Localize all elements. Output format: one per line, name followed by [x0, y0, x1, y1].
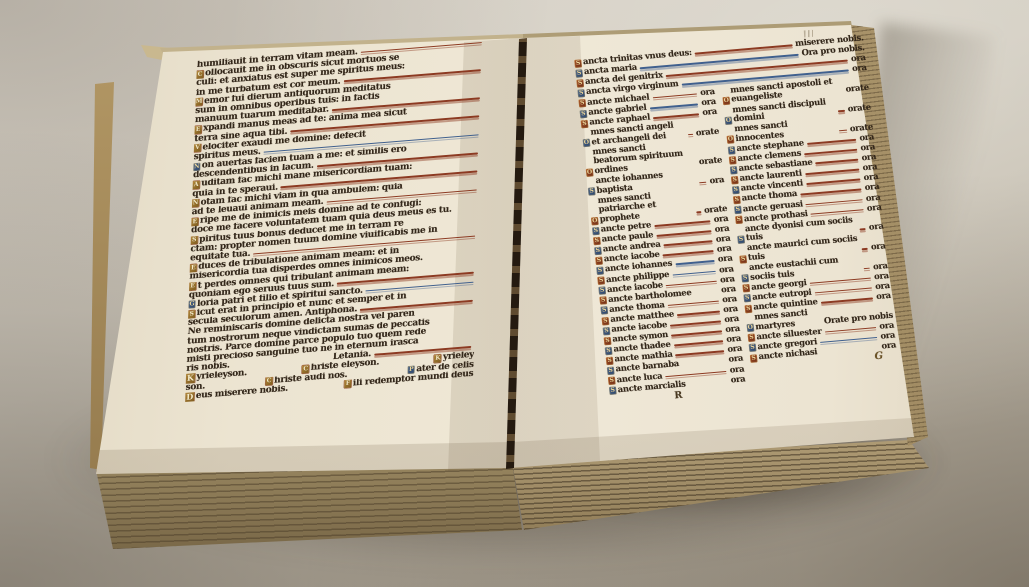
rubric-line-filler: [694, 290, 718, 294]
illuminated-initial: S: [595, 257, 603, 266]
illuminated-initial: O: [583, 139, 591, 148]
litany-response: orate: [698, 155, 722, 166]
illuminated-initial: V: [194, 144, 201, 153]
illuminated-initial: S: [741, 274, 749, 283]
illuminated-initial: S: [581, 119, 589, 128]
illuminated-initial: S: [742, 284, 750, 293]
rubric-line-filler: [699, 181, 707, 183]
illuminated-initial: S: [604, 337, 612, 346]
illuminated-initial: E: [190, 264, 197, 273]
illuminated-initial: O: [586, 168, 594, 177]
illuminated-initial: C: [265, 377, 272, 386]
illuminated-initial: S: [191, 236, 198, 245]
illuminated-initial: M: [195, 98, 202, 107]
illuminated-initial: S: [606, 357, 614, 366]
illuminated-initial: S: [592, 227, 600, 236]
illuminated-initial: E: [189, 282, 196, 291]
rubric-line-filler: [864, 267, 871, 269]
rubric-line-filler: [382, 358, 431, 364]
illuminated-initial: S: [575, 69, 583, 78]
illuminated-initial: S: [574, 59, 582, 68]
rubric-line-filler: [859, 228, 866, 230]
rubric-line-filler: [677, 310, 721, 315]
litany-response: ora: [709, 175, 725, 186]
illuminated-initial: S: [748, 334, 756, 343]
rubric-line-filler: [675, 260, 715, 265]
illuminated-initial: N: [193, 162, 200, 171]
illuminated-initial: C: [196, 70, 203, 79]
illuminated-initial: S: [599, 297, 607, 306]
illuminated-initial: S: [734, 206, 742, 215]
illuminated-initial: S: [601, 317, 609, 326]
illuminated-initial: S: [737, 235, 745, 244]
illuminated-initial: S: [578, 99, 586, 108]
litany-response: ora: [871, 241, 887, 252]
illuminated-initial: S: [594, 247, 602, 256]
illuminated-initial: G: [188, 301, 195, 310]
litany-column-right: Omnes sancti apostoli et euangelisteorat…: [721, 74, 896, 363]
illuminated-initial: S: [749, 344, 757, 353]
illuminated-initial: S: [732, 186, 740, 195]
illuminated-initial: S: [188, 310, 195, 319]
litany-response: orate: [845, 83, 869, 94]
illuminated-initial: S: [597, 277, 605, 286]
illuminated-initial: N: [192, 199, 199, 208]
illuminated-initial: P: [408, 366, 415, 375]
illuminated-initial: S: [603, 327, 611, 336]
illuminated-initial: S: [608, 377, 616, 386]
rubric-line-filler: [682, 360, 726, 365]
illuminated-initial: S: [609, 387, 617, 396]
photograph-open-manuscript: humiliauit in terram vitam meam.Collocau…: [0, 0, 1029, 587]
illuminated-initial: O: [722, 97, 730, 106]
illuminated-initial: S: [744, 304, 752, 313]
illuminated-initial: A: [193, 181, 200, 190]
litany-response: ora: [868, 222, 884, 233]
illuminated-initial: S: [730, 166, 738, 175]
rubric-line-filler: [816, 159, 859, 164]
litany-response: ora: [876, 291, 892, 302]
litany-response: ora: [852, 63, 868, 74]
illuminated-initial: S: [731, 176, 739, 185]
illuminated-initial: S: [577, 89, 585, 98]
illuminated-initial: S: [605, 347, 613, 356]
illuminated-initial: F: [344, 380, 351, 389]
rubric-line-filler: [688, 380, 727, 385]
illuminated-initial: S: [576, 79, 584, 88]
illuminated-initial: S: [600, 307, 608, 316]
illuminated-initial: S: [729, 156, 737, 165]
rubric-line-filler: [837, 90, 842, 92]
right-page-text: Sancta trinitas vnus deus:miserere nobis…: [574, 33, 900, 406]
illuminated-initial: S: [598, 287, 606, 296]
litany-response: ora: [702, 107, 718, 118]
rubric-line-filler: [291, 384, 342, 390]
litany-response: ora: [881, 340, 897, 351]
illuminated-initial: E: [194, 126, 201, 135]
left-page-text: humiliauit in terram vitam meam.Collocau…: [185, 38, 485, 402]
illuminated-initial: S: [593, 237, 601, 246]
illuminated-initial: S: [739, 255, 747, 264]
rubric-line-filler: [692, 163, 696, 165]
illuminated-initial: O: [747, 324, 755, 333]
rubric-line-filler: [838, 110, 845, 112]
illuminated-initial: S: [750, 354, 758, 363]
illuminated-initial: S: [743, 294, 751, 303]
rubric-line-filler: [816, 321, 821, 323]
illuminated-initial: S: [607, 367, 615, 376]
rubric-line-filler: [672, 270, 716, 275]
illuminated-initial: C: [302, 365, 309, 374]
litany-response: orate: [847, 103, 871, 114]
illuminated-initial: S: [728, 146, 736, 155]
illuminated-initial: S: [735, 216, 743, 225]
rubric-line-filler: [688, 134, 693, 136]
rubric-line-filler: [839, 129, 847, 131]
litany-response: ora: [866, 202, 882, 213]
illuminated-initial: S: [580, 109, 588, 118]
illuminated-initial: E: [191, 218, 198, 227]
illuminated-initial: D: [185, 391, 194, 402]
illuminated-initial: S: [588, 188, 596, 197]
litany-columns: Sancte michaeloraSancte gabrieloraSancte…: [578, 74, 900, 407]
illuminated-initial: S: [733, 196, 741, 205]
illuminated-initial: O: [725, 116, 733, 125]
rubric-line-filler: [250, 369, 299, 375]
illuminated-initial: O: [727, 136, 735, 145]
litany-response: ora: [730, 374, 746, 385]
rubric-line-filler: [861, 248, 868, 250]
rubric-line-filler: [696, 211, 701, 213]
litany-response: orate: [695, 126, 719, 137]
illuminated-initial: K: [434, 354, 441, 363]
illuminated-initial: S: [596, 267, 604, 276]
illuminated-initial: O: [591, 217, 599, 226]
